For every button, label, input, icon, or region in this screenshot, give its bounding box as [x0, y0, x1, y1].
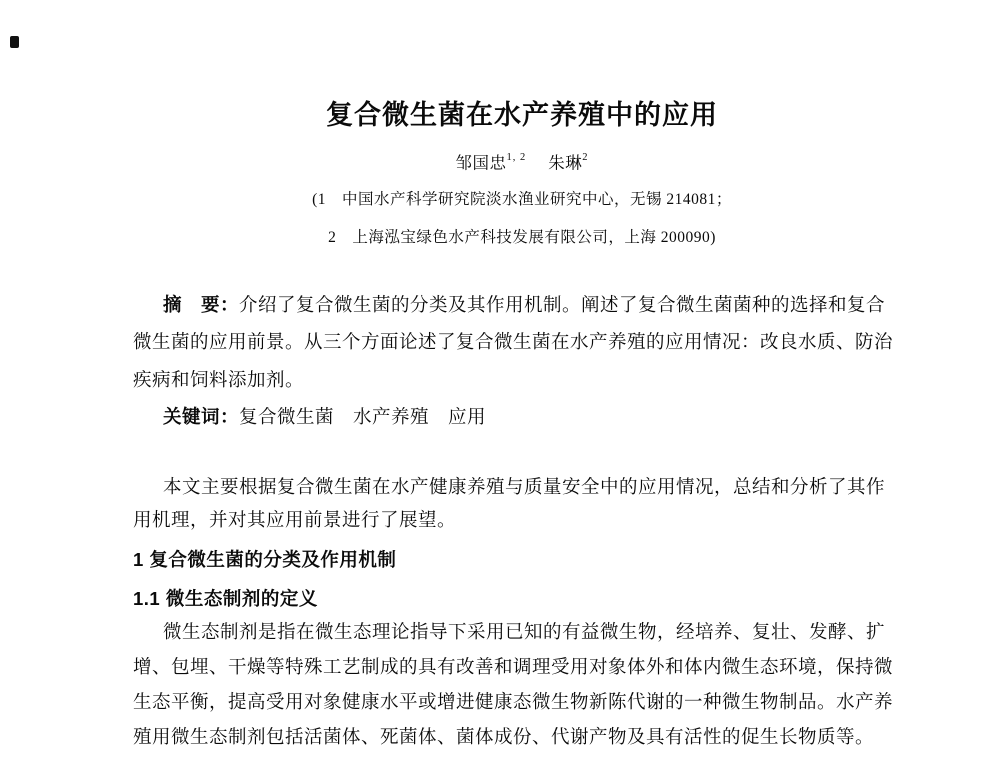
intro-line-2: 用机理，并对其应用前景进行了展望。 [133, 509, 456, 533]
section-heading-1: 1 复合微生菌的分类及作用机制 [133, 548, 396, 572]
body-line-2: 增、包埋、干燥等特殊工艺制成的具有改善和调理受用对象体外和体内微生态环境，保持微 [133, 656, 893, 680]
affiliation-line-2: 2 上海泓宝绿色水产科技发展有限公司，上海 200090) [44, 226, 1000, 250]
abstract-label: 摘 要： [163, 294, 239, 315]
body-line-3: 生态平衡，提高受用对象健康水平或增进健康态微生物新陈代谢的一种微生物制品。水产养 [133, 691, 893, 715]
abstract-line-1-text: 介绍了复合微生菌的分类及其作用机制。阐述了复合微生菌菌种的选择和复合 [239, 296, 885, 316]
scan-artifact-speck [10, 36, 19, 48]
keywords-text: 复合微生菌 水产养殖 应用 [239, 408, 486, 428]
author-name-2: 朱琳 [548, 154, 582, 173]
intro-line-1: 本文主要根据复合微生菌在水产健康养殖与质量安全中的应用情况，总结和分析了其作 [163, 476, 885, 500]
abstract-line-3: 疾病和饲料添加剂。 [133, 369, 304, 393]
author-name-1: 邹国忠 [456, 154, 507, 173]
section-heading-1-1: 1.1 微生态制剂的定义 [133, 587, 318, 611]
authors-line: 邹国忠1, 2朱琳2 [44, 148, 1000, 176]
paper-page: 复合微生菌在水产养殖中的应用 邹国忠1, 2朱琳2 (1 中国水产科学研究院淡水… [0, 0, 1000, 760]
keywords-label: 关键词： [163, 406, 239, 427]
abstract-line-1: 摘 要：介绍了复合微生菌的分类及其作用机制。阐述了复合微生菌菌种的选择和复合 [163, 293, 885, 318]
body-line-1: 微生态制剂是指在微生态理论指导下采用已知的有益微生物，经培养、复壮、发酵、扩 [163, 621, 885, 645]
abstract-line-2: 微生菌的应用前景。从三个方面论述了复合微生菌在水产养殖的应用情况：改良水质、防治 [133, 331, 893, 355]
author-superscript-1: 1, 2 [507, 152, 527, 163]
body-line-4: 殖用微生态制剂包括活菌体、死菌体、菌体成份、代谢产物及具有活性的促生长物质等。 [133, 726, 874, 750]
paper-title: 复合微生菌在水产养殖中的应用 [44, 103, 1000, 127]
keywords-line: 关键词：复合微生菌 水产养殖 应用 [163, 405, 486, 430]
author-superscript-2: 2 [582, 152, 588, 163]
affiliation-line-1: (1 中国水产科学研究院淡水渔业研究中心，无锡 214081； [44, 188, 1000, 212]
